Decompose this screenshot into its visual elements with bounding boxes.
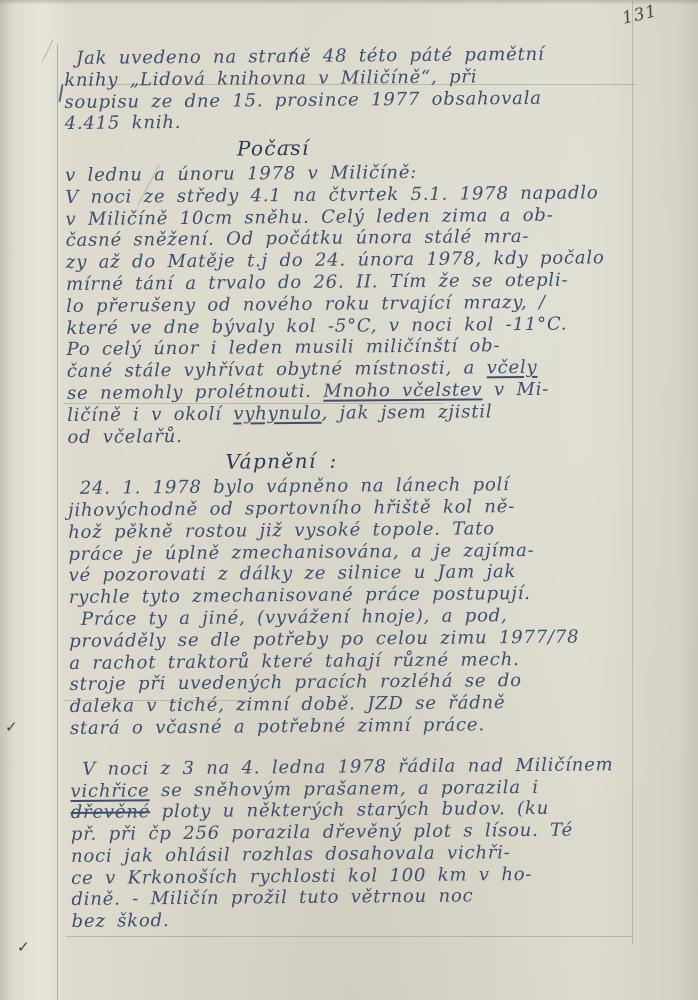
manuscript-line: od včelařů.: [67, 421, 645, 448]
text-run: 24. 1. 1978 bylo vápněno na lánech polí: [80, 474, 510, 499]
checkmark-icon: ✓: [17, 938, 30, 956]
paragraph: 24. 1. 1978 bylo vápněno na lánech políj…: [68, 473, 648, 740]
text-run: včely: [487, 357, 538, 378]
manuscript-line: stará o včasné a potřebné zimní práce.: [70, 713, 648, 740]
section-heading: Vápnění :: [226, 448, 646, 473]
text-run: Práce ty a jiné, (vyvážení hnoje), a pod…: [81, 605, 508, 630]
text-run: ličíně i v okolí: [67, 403, 233, 425]
manuscript: Jak uvedeno na straně 48 této páté pamět…: [64, 43, 650, 938]
text-run: Mnoho včelstev: [323, 379, 482, 401]
text-run: daleka v tiché, zimní době. JZD se řádně: [70, 692, 506, 717]
text-run: dině. - Miličín prožil tuto větrnou noc: [71, 886, 473, 911]
manuscript-line: bez škod.: [72, 906, 650, 933]
paragraph: v lednu a únoru 1978 v Miličíně:V noci z…: [65, 160, 645, 448]
text-run: Jak uvedeno na straně 48 této páté pamět…: [76, 44, 545, 69]
text-run: Po celý únor i leden musili miličínští o…: [67, 336, 501, 361]
text-run: dřevěné: [71, 802, 151, 824]
paragraph: V noci z 3 na 4. ledna 1978 řádila nad M…: [70, 754, 649, 933]
text-run: práce je úplně zmechanisována, a je zají…: [68, 539, 534, 564]
text-run: od včelařů.: [67, 426, 182, 448]
text-run: ce v Krkonoších rychlosti kol 100 km v h…: [71, 864, 532, 889]
text-run: vyhynulo: [233, 403, 321, 425]
manuscript-line: 4.415 knih.: [65, 108, 643, 135]
page-edge-shadow: [0, 0, 698, 5]
text-run: rychle tyto zmechanisované práce postupu…: [69, 583, 531, 608]
text-run: a rachot traktorů které tahají různé mec…: [69, 649, 519, 674]
left-margin-rule: [57, 44, 58, 1000]
text-run: noci jak ohlásil rozhlas dosahovala vich…: [71, 842, 511, 867]
stray-ink-mark: [58, 84, 63, 102]
text-run: vé pozorovati z dálky ze silnice u Jam j…: [69, 561, 517, 586]
chronicle-page: 131 ✓ – ✓ ✓ Jak uvedeno na straně 48 tét…: [0, 0, 698, 1000]
paragraph: Jak uvedeno na straně 48 této páté pamět…: [64, 43, 643, 135]
text-run: knihy „Lidová knihovna v Miličíně“, při: [64, 66, 477, 91]
page-number: 131: [620, 1, 659, 28]
text-run: soupisu ze dne 15. prosince 1977 obsahov…: [64, 87, 541, 112]
text-run: hož pěkně rostou již vysoké topole. Tato: [68, 518, 495, 543]
text-run: v lednu a únoru 1978 v Miličíně:: [65, 162, 417, 186]
text-run: čané stále vyhřívat obytné místnosti, a: [67, 357, 487, 382]
text-run: 4.415 knih.: [65, 112, 182, 134]
section-heading: Počasí: [237, 135, 643, 160]
text-run: se sněhovým prašanem, a porazila i: [149, 776, 538, 800]
text-run: časné sněžení. Od počátku února stálé mr…: [66, 226, 530, 251]
text-run: , jak jsem zjistil: [321, 401, 492, 423]
text-run: stará o včasné a potřebné zimní práce.: [70, 714, 485, 739]
text-run: lo přerušeny od nového roku trvající mra…: [66, 292, 546, 317]
text-run: se nemohly prolétnouti.: [67, 381, 323, 404]
text-run: vichřice: [70, 780, 149, 802]
text-run: stroje při uvedených pracích rozléhá se …: [69, 670, 521, 695]
checkmark-icon: ✓: [5, 718, 18, 736]
text-run: v Mi-: [482, 379, 549, 401]
text-run: ploty u některých starých budov. (ku: [150, 798, 549, 822]
text-run: jihovýchodně od sportovního hřiště kol n…: [68, 496, 515, 521]
text-run: bez škod.: [72, 910, 170, 932]
